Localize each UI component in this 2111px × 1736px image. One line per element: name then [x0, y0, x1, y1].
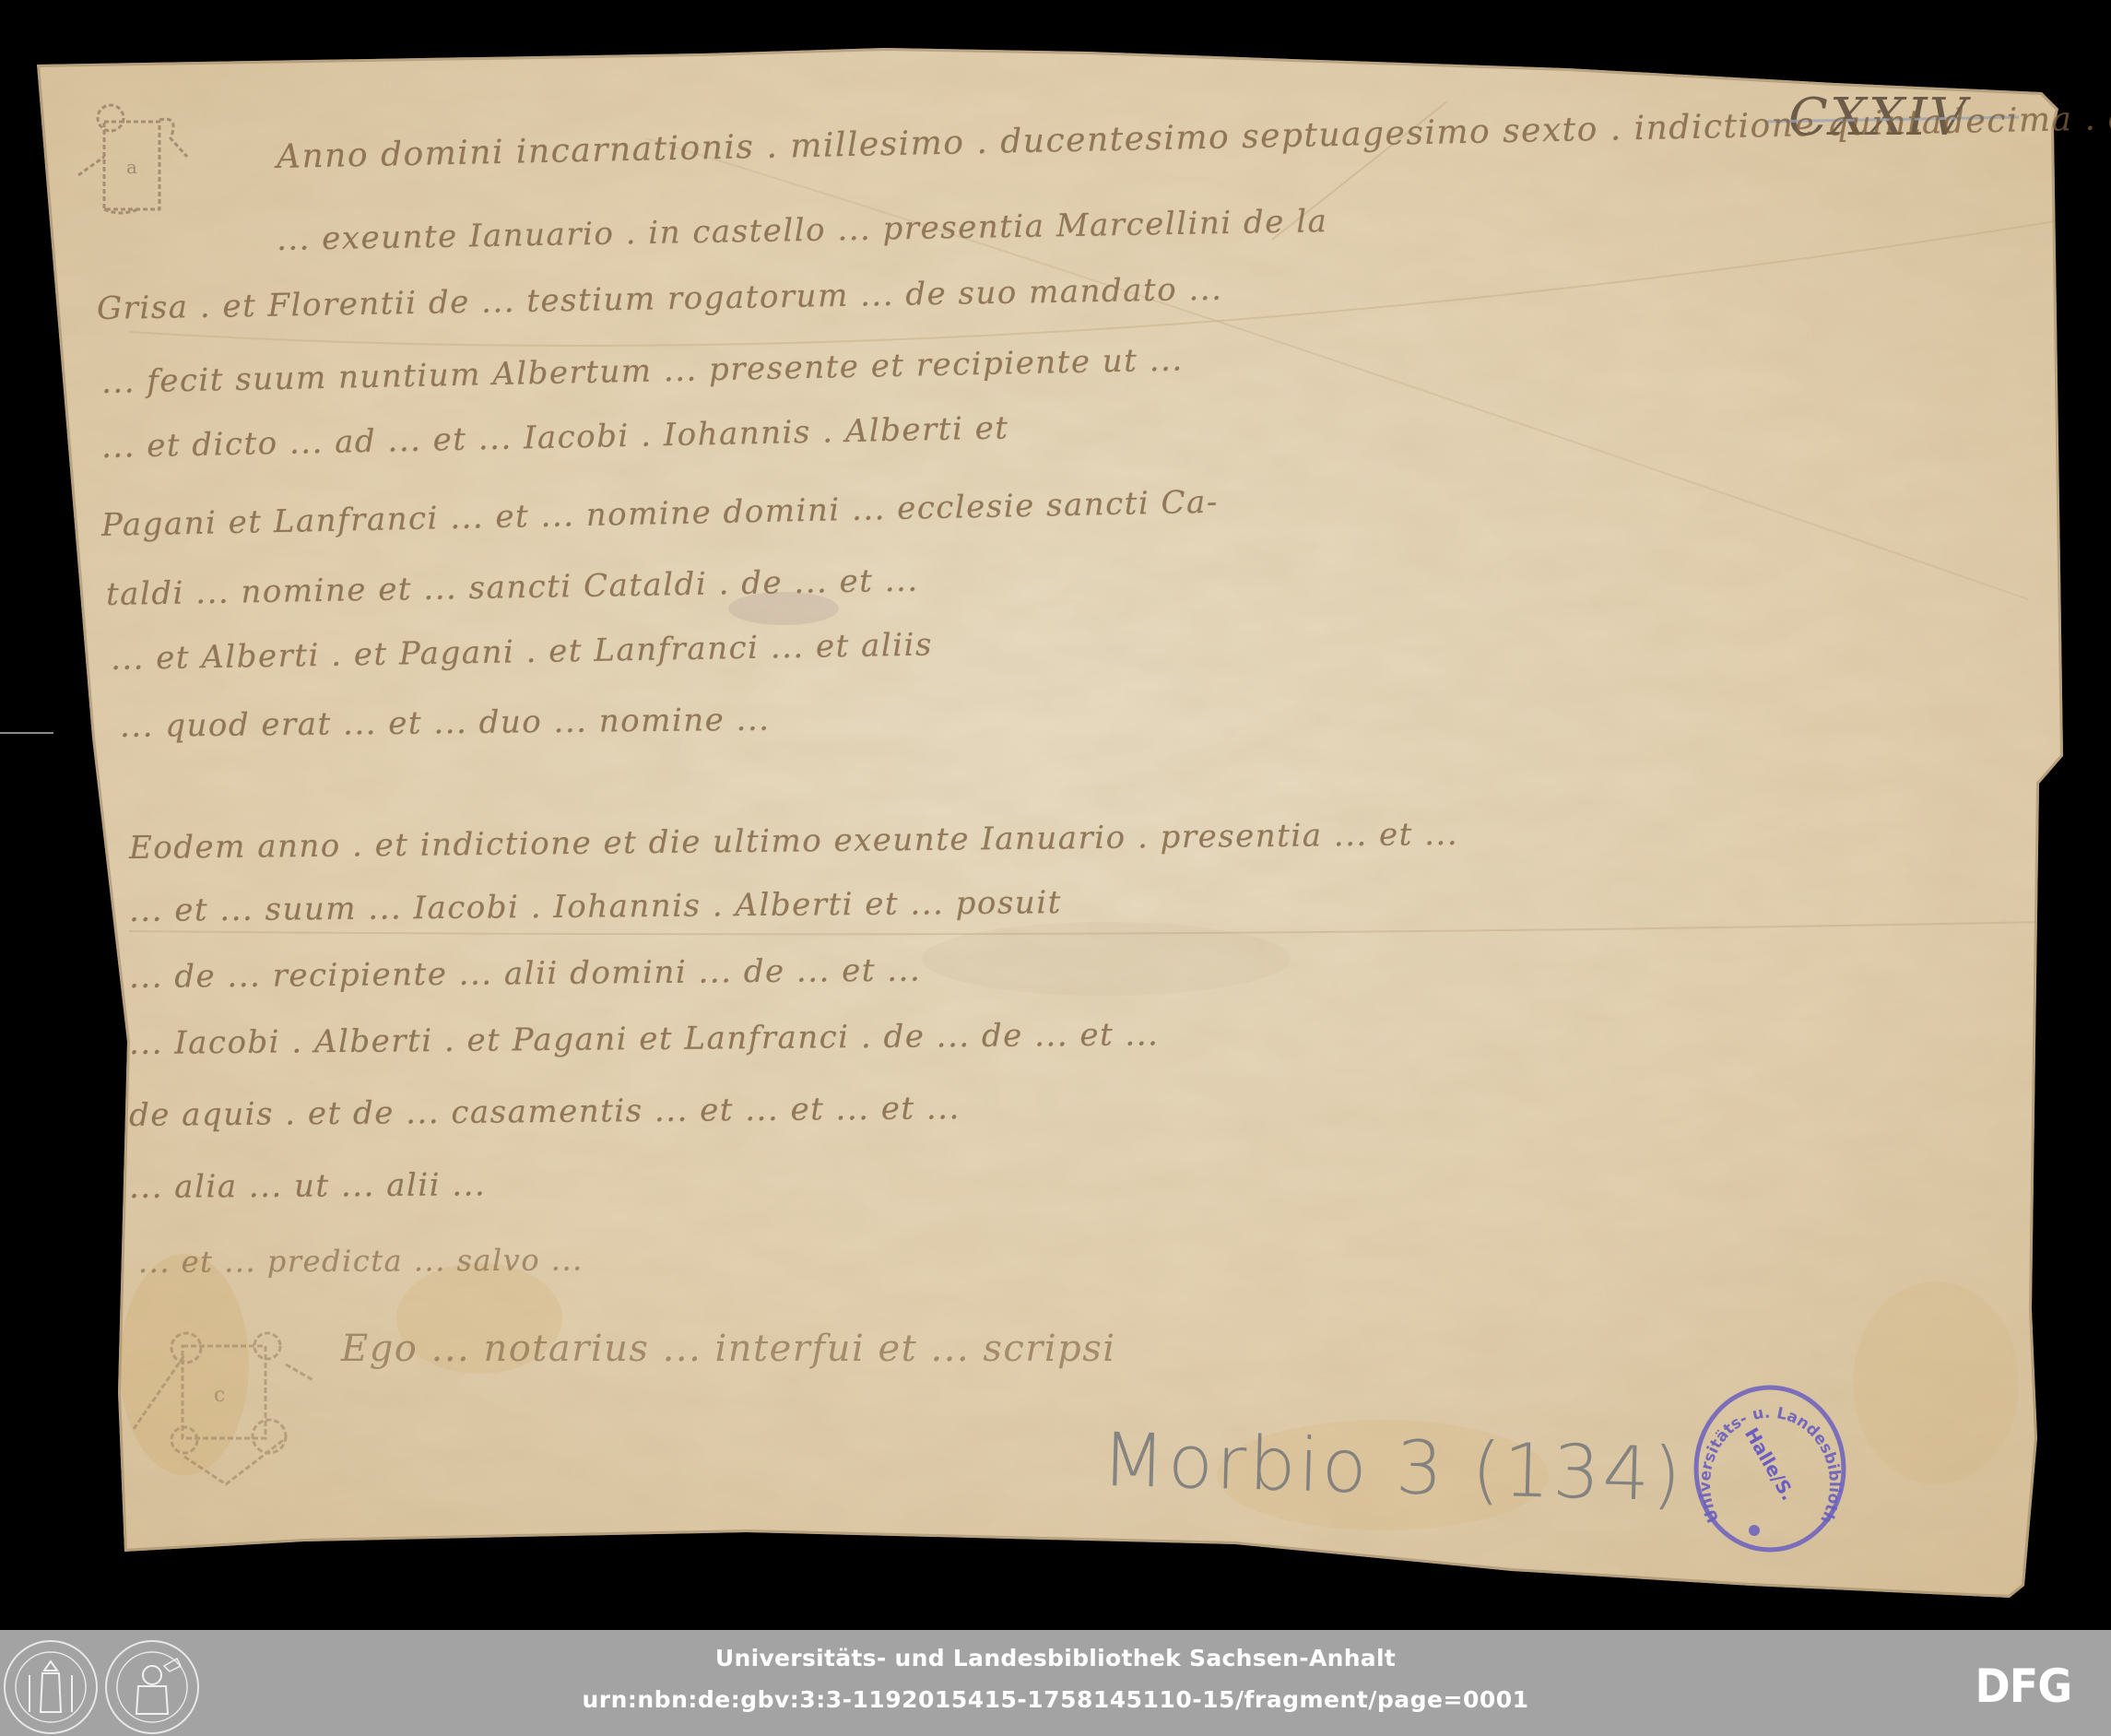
- svg-text:a: a: [126, 156, 137, 178]
- document-viewer: a c CXXIV Anno domini incarnationis . mi…: [0, 0, 2111, 1630]
- dfg-logo: DFG: [1975, 1659, 2072, 1713]
- scan-calibration-line: [0, 732, 53, 734]
- svg-text:c: c: [214, 1384, 225, 1407]
- notary-subscription: Ego ... notarius ... interfui et ... scr…: [341, 1328, 1116, 1370]
- urn-link[interactable]: urn:nbn:de:gbv:3:3-1192015415-1758145110…: [0, 1686, 2111, 1713]
- footer-band: Universitäts- und Landesbibliothek Sachs…: [0, 1630, 2111, 1736]
- library-stamp: Universitäts- u. Landesbibliothek Halle/…: [1682, 1381, 1857, 1556]
- notarial-signum-bottom-icon: c: [129, 1328, 313, 1494]
- shelfmark-pencil: Morbio 3 (134): [1101, 1417, 1685, 1518]
- library-name: Universitäts- und Landesbibliothek Sachs…: [0, 1645, 2111, 1671]
- notarial-signum-top-icon: a: [69, 101, 207, 240]
